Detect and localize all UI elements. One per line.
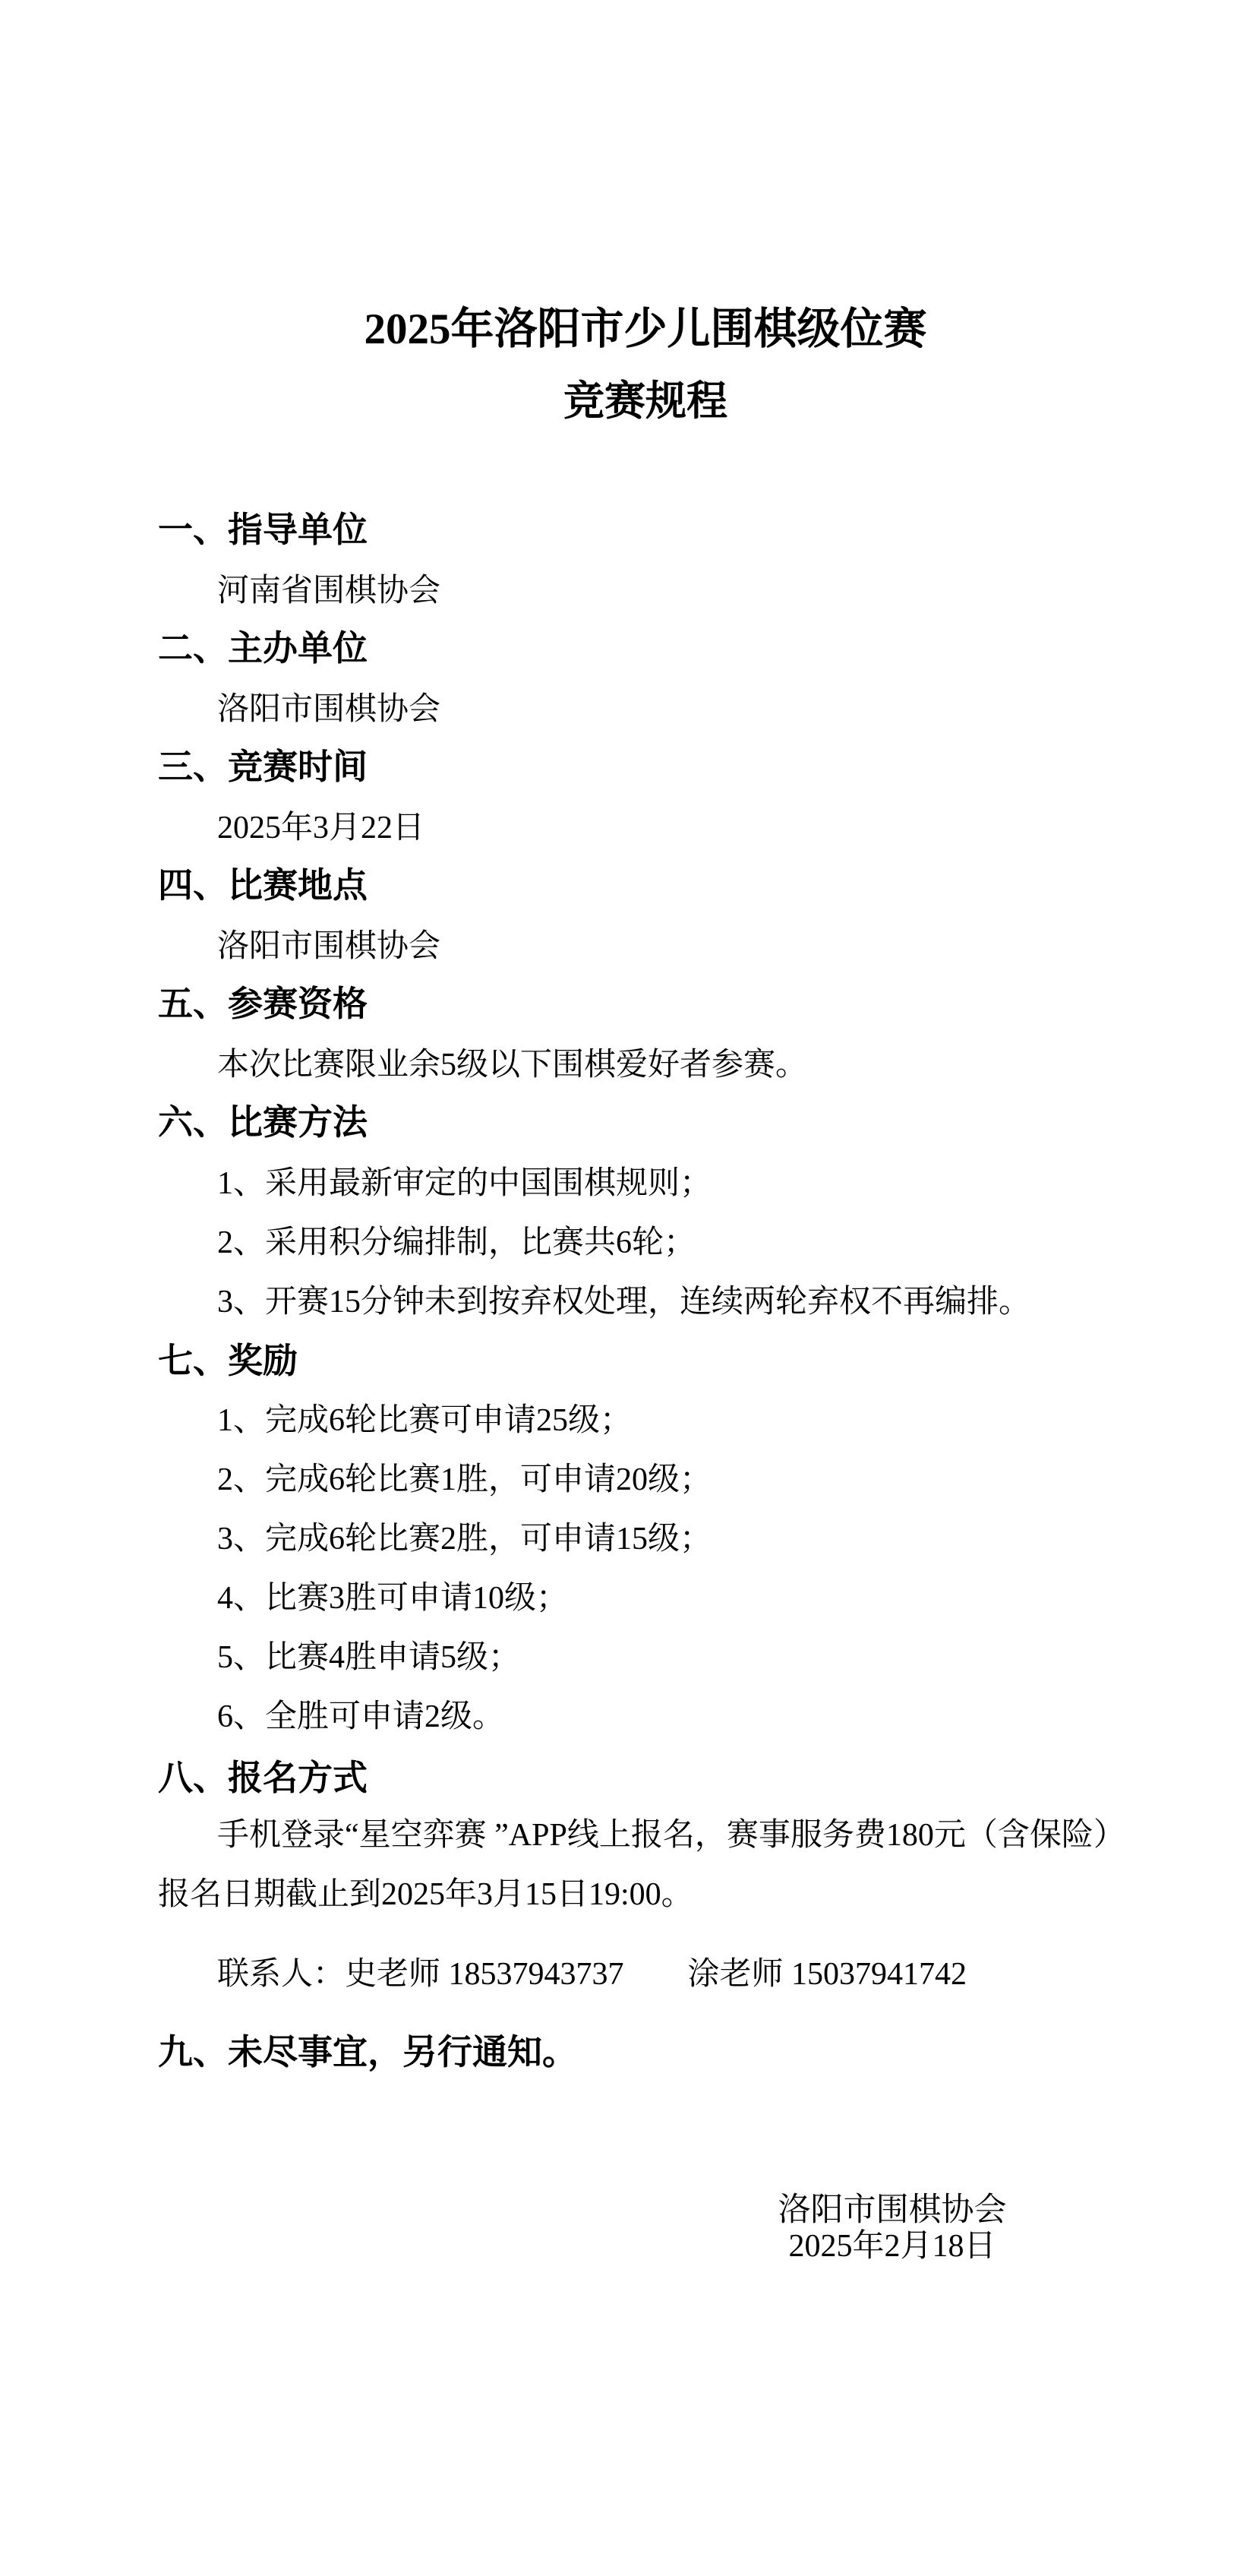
section-3-heading: 三、竞赛时间 [158,748,368,787]
section-6-item-2: 2、采用积分编排制，比赛共6轮； [217,1225,696,1261]
section-6-heading: 六、比赛方法 [158,1103,368,1143]
section-7-item-6: 6、全胜可申请2级。 [217,1699,504,1735]
section-7-heading: 七、奖励 [158,1342,298,1381]
section-7-item-4: 4、比赛3胜可申请10级； [217,1581,568,1617]
section-7-item-5: 5、比赛4胜申请5级； [217,1640,520,1676]
section-4-body: 洛阳市围棋协会 [217,929,440,965]
signature-organization: 洛阳市围棋协会 [683,2192,1101,2229]
document-title-line1: 2025年洛阳市少儿围棋级位赛 [35,305,1256,354]
section-5-heading: 五、参赛资格 [158,985,368,1024]
section-1-heading: 一、指导单位 [158,510,368,550]
section-5-body: 本次比赛限业余5级以下围棋爱好者参赛。 [217,1048,807,1083]
section-2-body: 洛阳市围棋协会 [217,692,440,728]
section-2-heading: 二、主办单位 [158,629,368,668]
signature-block: 洛阳市围棋协会 2025年2月18日 [683,2192,1101,2265]
document-page: 2025年洛阳市少儿围棋级位赛 竞赛规程 一、指导单位 河南省围棋协会 二、主办… [0,0,1256,2576]
section-7-item-1: 1、完成6轮比赛可申请25级； [217,1403,632,1439]
section-9-heading: 九、未尽事宜，另行通知。 [158,2033,577,2072]
section-6-item-1: 1、采用最新审定的中国围棋规则； [217,1166,712,1202]
section-8-heading: 八、报名方式 [158,1759,368,1798]
section-7-item-2: 2、完成6轮比赛1胜，可申请20级； [217,1462,712,1498]
section-8-registration: 手机登录“星空弈赛 ”APP线上报名，赛事服务费180元（含保险） [217,1818,1125,1854]
section-8-contacts: 联系人：史老师 18537943737 涂老师 15037941742 [217,1957,967,1993]
document-title-line2: 竞赛规程 [35,378,1256,424]
section-8-deadline: 报名日期截止到2025年3月15日19:00。 [158,1877,693,1913]
section-3-body: 2025年3月22日 [217,811,424,846]
section-7-item-3: 3、完成6轮比赛2胜，可申请15级； [217,1522,712,1557]
section-6-item-3: 3、开赛15分钟未到按弃权处理，连续两轮弃权不再编排。 [217,1285,1030,1320]
section-4-heading: 四、比赛地点 [158,866,368,906]
signature-date: 2025年2月18日 [683,2229,1101,2265]
section-1-body: 河南省围棋协会 [217,574,440,609]
